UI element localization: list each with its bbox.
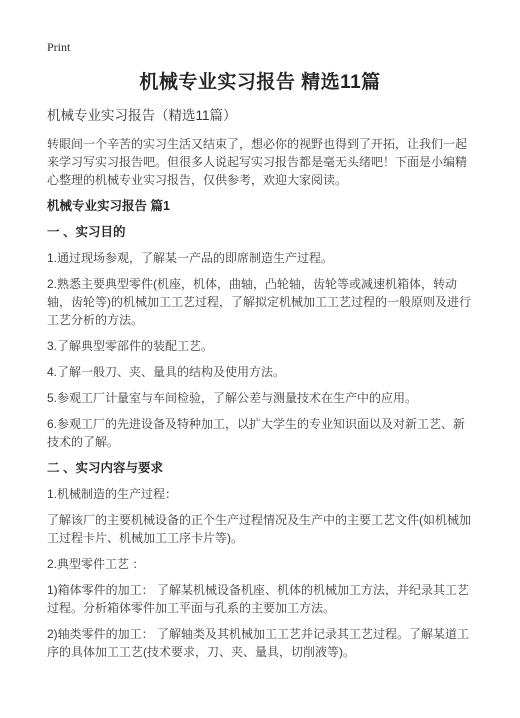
paragraph: 2.熟悉主要典型零件(机座，机体，曲轴，凸轮轴，齿轮等或减速机箱体，转动轴，齿轮… bbox=[47, 275, 473, 329]
paragraph: 1.通过现场参观，了解某一产品的即席制造生产过程。 bbox=[47, 249, 473, 267]
paragraph: 1.机械制造的生产过程： bbox=[47, 485, 473, 503]
paragraph: 了解该厂的主要机械设备的正个生产过程情况及生产中的主要工艺文件(如机械加工过程卡… bbox=[47, 511, 473, 547]
section-heading-part1: 机械专业实习报告 篇1 bbox=[47, 197, 473, 215]
intro-paragraph: 转眼间一个辛苦的实习生活又结束了，想必你的视野也得到了开拓，让我们一起来学习写实… bbox=[47, 135, 473, 189]
paragraph: 2.典型零件工艺 ： bbox=[47, 555, 473, 573]
document-page: Print 机械专业实习报告 精选11篇 机械专业实习报告（精选11篇） 转眼间… bbox=[0, 0, 520, 718]
paragraph: 4.了解一般刀、夹、量具的结构及使用方法。 bbox=[47, 363, 473, 381]
section-heading-purpose: 一 、实习目的 bbox=[47, 223, 473, 241]
page-title: 机械专业实习报告 精选11篇 bbox=[47, 72, 473, 94]
page-subtitle: 机械专业实习报告（精选11篇） bbox=[47, 108, 473, 124]
print-link[interactable]: Print bbox=[47, 40, 70, 54]
section-heading-content-requirements: 二 、实习内容与要求 bbox=[47, 459, 473, 477]
paragraph: 2)轴类零件的加工： 了解轴类及其机械加工工艺并记录其工艺过程。了解某道工序的具… bbox=[47, 625, 473, 661]
paragraph: 6.参观工厂的先进设备及特种加工，以扩大学生的专业知识面以及对新工艺、新技术的了… bbox=[47, 415, 473, 451]
paragraph: 5.参观工厂计量室与车间检验，了解公差与测量技术在生产中的应用。 bbox=[47, 389, 473, 407]
paragraph: 3.了解典型零部件的装配工艺。 bbox=[47, 337, 473, 355]
paragraph: 1)箱体零件的加工： 了解某机械设备机座、机体的机械加工方法，并纪录其工艺过程。… bbox=[47, 581, 473, 617]
